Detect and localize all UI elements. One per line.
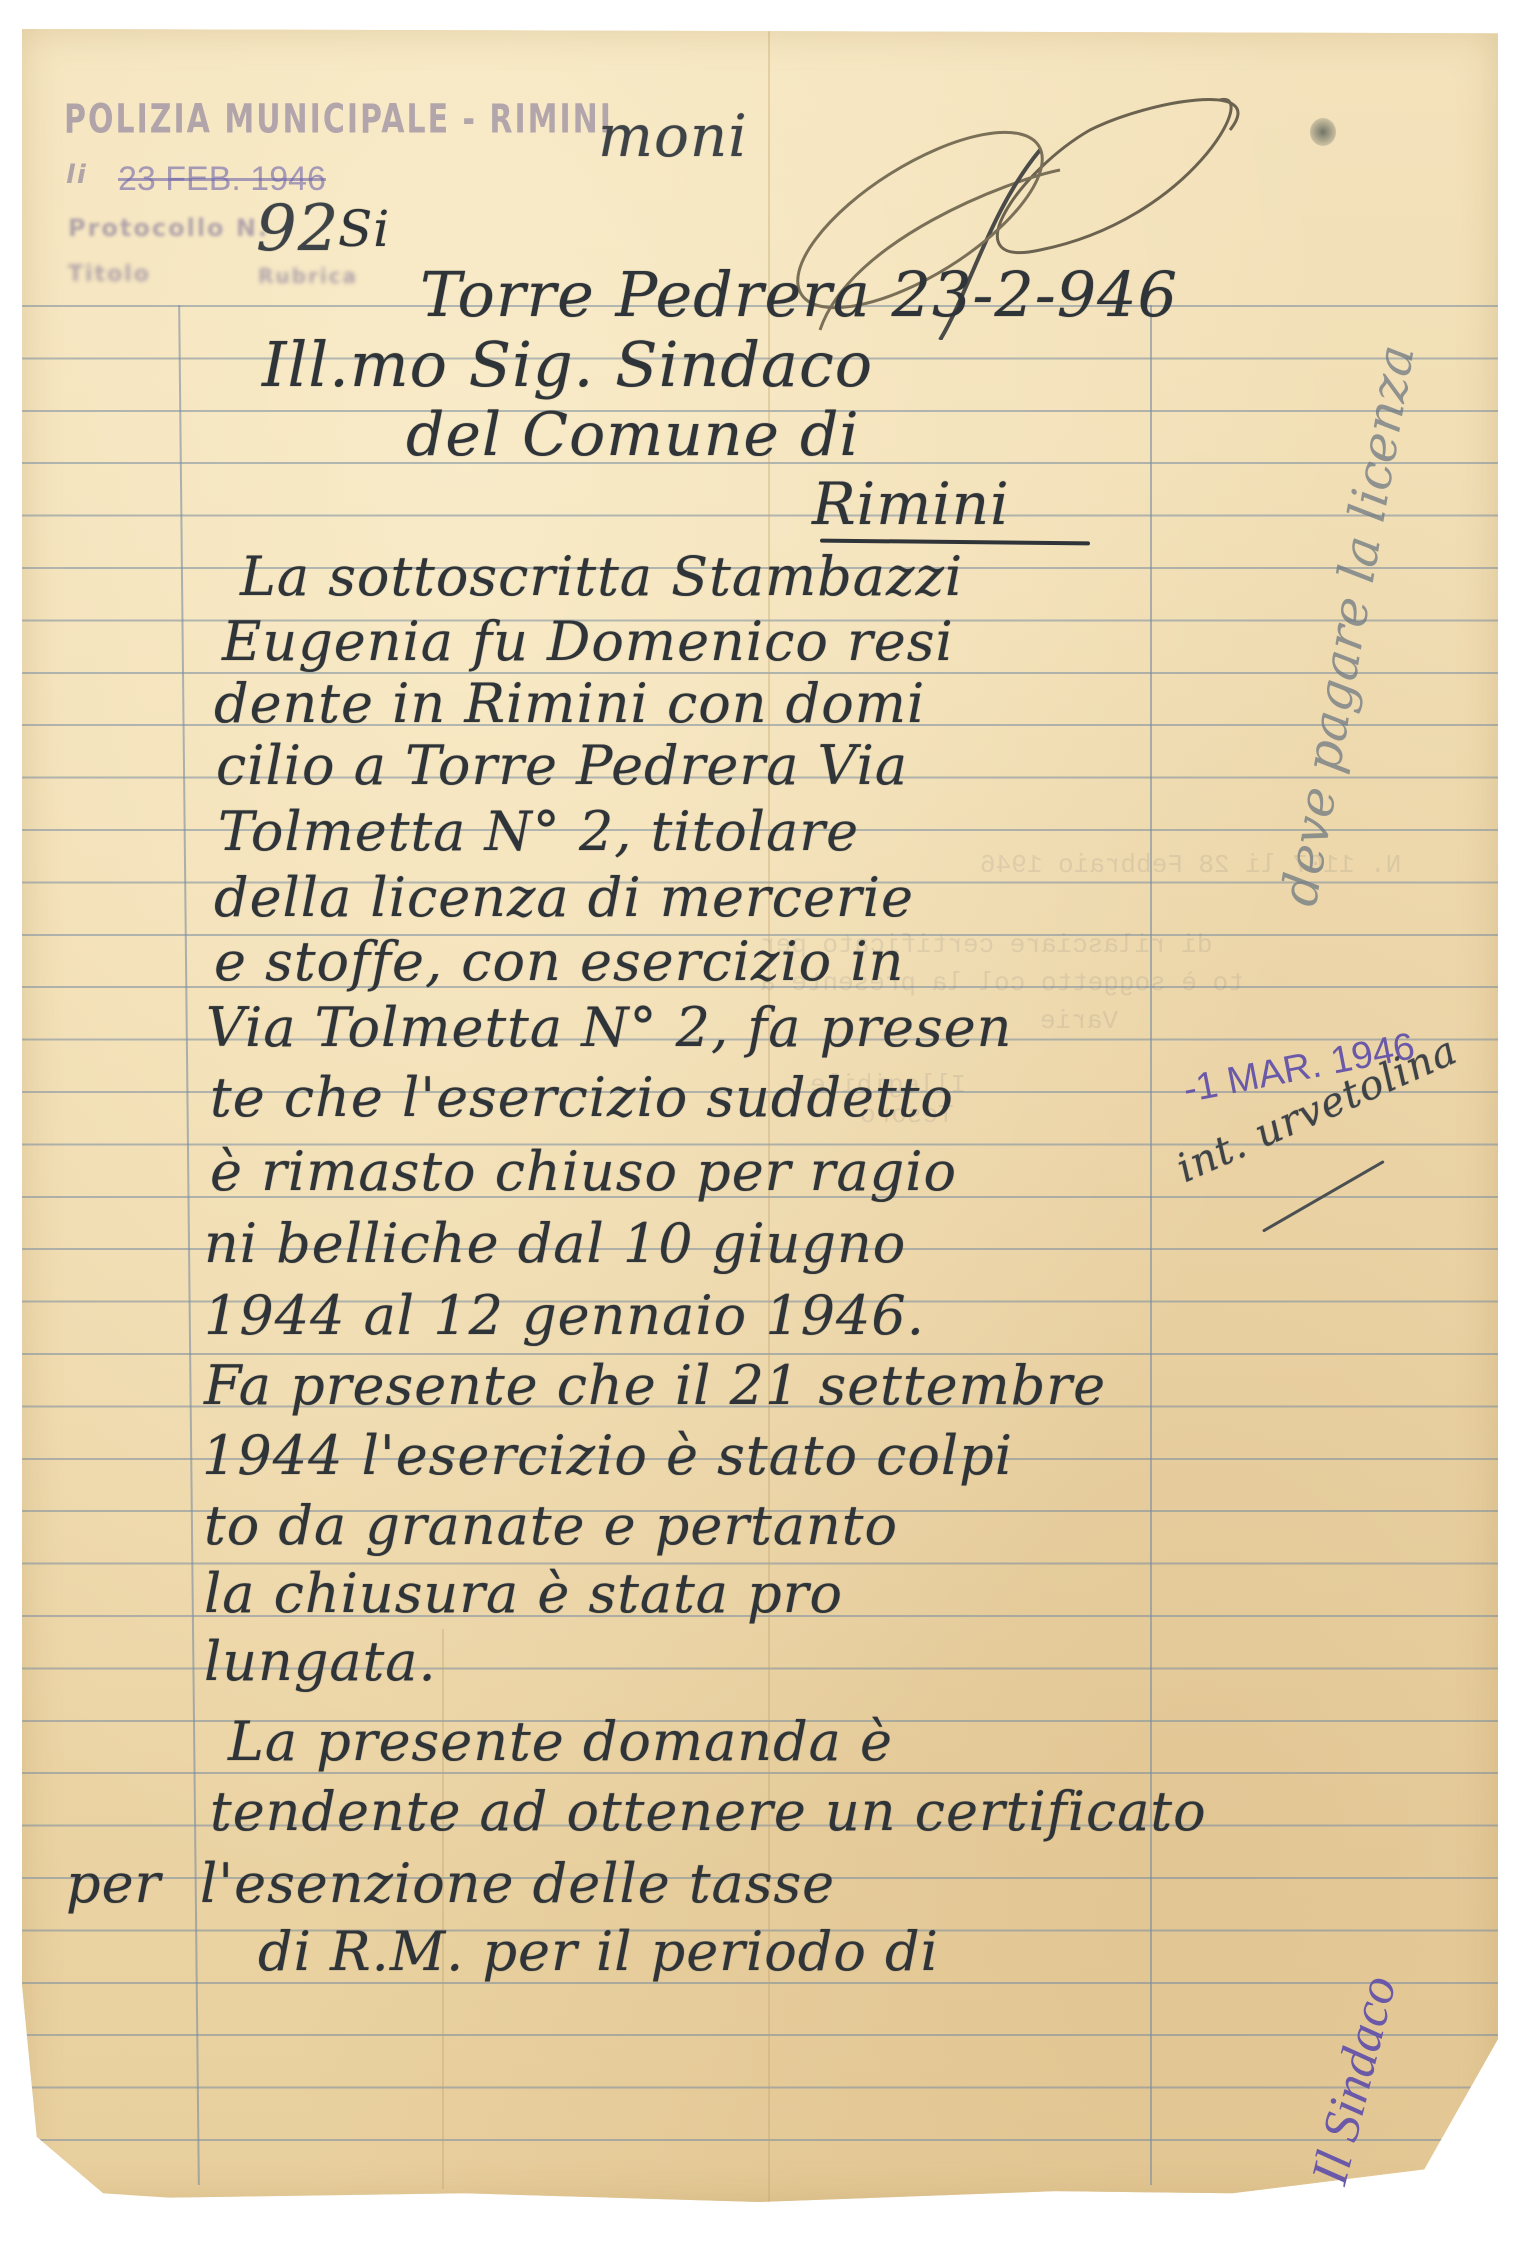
protocol-annotation: Si <box>338 200 390 258</box>
left-margin-line <box>178 305 200 2185</box>
body-line: La presente domanda è <box>228 1710 893 1773</box>
stamp-title-label: Titolo <box>68 262 151 287</box>
body-line: lungata. <box>204 1630 437 1693</box>
right-margin-line <box>1150 305 1152 2185</box>
recipient-city: Rimini <box>812 470 1010 538</box>
stamp-office: POLIZIA MUNICIPALE - RIMINI <box>64 96 613 143</box>
salutation: Ill.mo Sig. Sindaco <box>262 328 873 401</box>
body-line: la chiusura è stata pro <box>204 1562 843 1625</box>
body-line: te che l'esercizio suddetto <box>210 1066 954 1129</box>
bleed-through-line: N. 1107 li 28 Febbraio 1946 <box>980 850 1401 880</box>
margin-word: per <box>66 1852 161 1915</box>
body-line: e stoffe, con esercizio in <box>214 930 904 993</box>
body-line: 1944 l'esercizio è stato colpi <box>202 1424 1013 1487</box>
stamp-rubric-label: Rubrica <box>258 264 358 288</box>
stamp-date-prefix: li <box>66 160 88 190</box>
body-line: della licenza di mercerie <box>214 866 914 929</box>
body-line: Via Tolmetta N° 2, fa presen <box>206 996 1012 1059</box>
body-line: cilio a Torre Pedrera Via <box>216 734 908 797</box>
body-line: tendente ad ottenere un certificato <box>210 1780 1207 1843</box>
body-line: dente in Rimini con domi <box>214 672 925 735</box>
body-line: La sottoscritta Stambazzi <box>240 545 963 608</box>
body-line: 1944 al 12 gennaio 1946. <box>204 1284 925 1347</box>
protocol-number: 92 <box>256 192 339 266</box>
bleed-through-line: Varie <box>1040 1006 1118 1036</box>
body-line: Eugenia fu Domenico resi <box>222 610 954 673</box>
place-date: Torre Pedrera 23-2-946 <box>420 258 1178 331</box>
top-annotation-word: moni <box>598 102 748 170</box>
body-line: Tolmetta N° 2, titolare <box>218 800 859 863</box>
recipient-line: del Comune di <box>406 400 860 470</box>
body-line: Fa presente che il 21 settembre <box>204 1354 1106 1417</box>
body-line: è rimasto chiuso per ragio <box>210 1140 957 1203</box>
body-line: ni belliche dal 10 giugno <box>204 1212 906 1275</box>
body-line: l'esenzione delle tasse <box>200 1852 835 1915</box>
body-line: di R.M. per il periodo di <box>258 1920 939 1983</box>
stamp-protocol-label: Protocollo N. <box>68 214 269 242</box>
ink-smudge <box>1310 118 1336 146</box>
body-line: to da granate e pertanto <box>204 1494 898 1557</box>
